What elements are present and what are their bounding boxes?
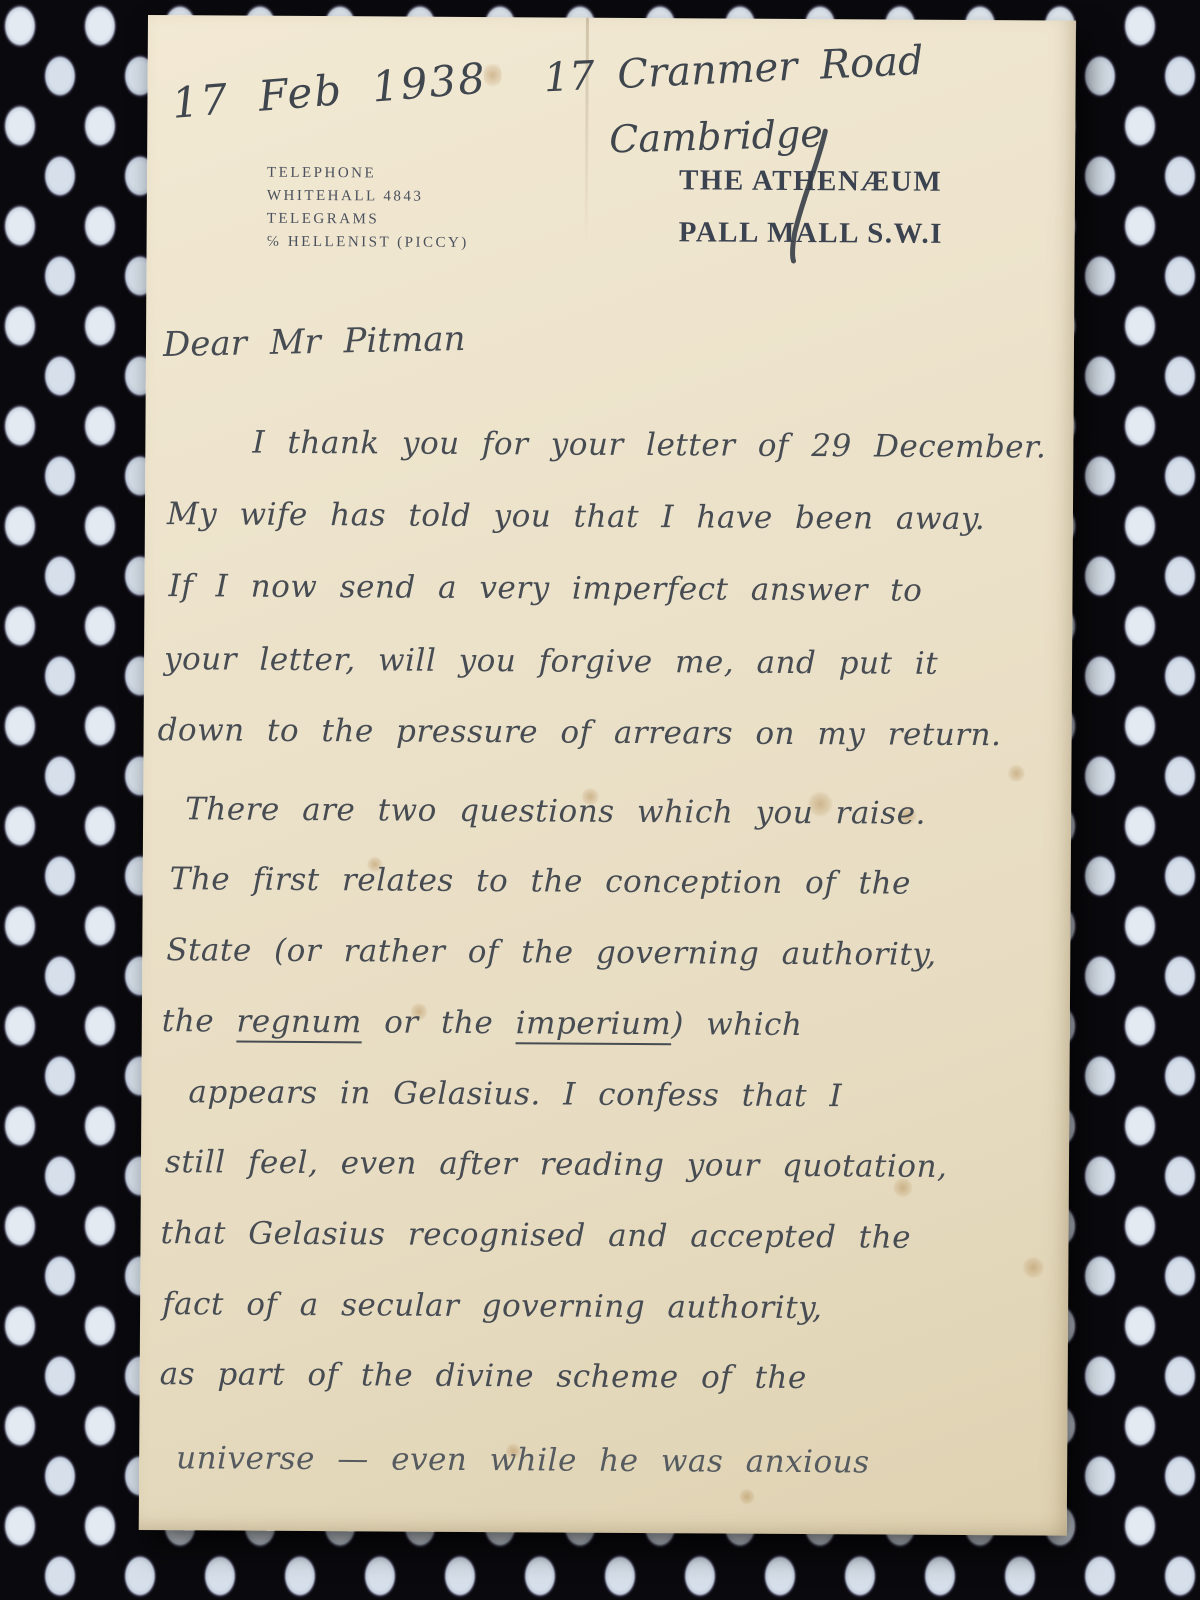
telegrams-label: TELEGRAMS [267,208,469,232]
letter-paper: 17 Feb 1938 17 Cranmer Road Cambridge TE… [139,15,1076,1536]
body-line: appears in Gelasius. I confess that I [188,1074,842,1114]
letterhead-contact-block: TELEPHONE WHITEHALL 4843 TELEGRAMS ℅ HEL… [267,162,470,255]
body-line: There are two questions which you raise. [185,791,926,832]
body-line: My wife has told you that I have been aw… [167,496,985,537]
paper-crease [585,18,589,248]
body-line-segment: ) which [671,1006,802,1043]
telephone-label: TELEPHONE [267,162,469,186]
body-line: fact of a secular governing authority, [162,1286,823,1326]
body-line: the regnum or the imperium) which [162,1003,803,1043]
foxing-stain [739,1489,755,1505]
photo-fabric-background: 17 Feb 1938 17 Cranmer Road Cambridge TE… [0,0,1200,1600]
handwritten-address-line1: 17 Cranmer Road [543,38,925,102]
handwritten-date: 17 Feb 1938 [170,53,489,127]
body-line: still feel, even after reading your quot… [165,1144,948,1185]
body-line: If I now send a very imperfect answer to [168,568,922,609]
body-line: your letter, will you forgive me, and pu… [164,641,938,682]
body-line-segment: the [162,1003,237,1039]
telegrams-address: ℅ HELLENIST (PICCY) [267,231,469,255]
body-line: that Gelasius recognised and accepted th… [160,1215,911,1256]
pen-stroke-through-letterhead [746,119,947,280]
body-line: I thank you for your letter of 29 Decemb… [252,425,1046,466]
body-line: State (or rather of the governing author… [166,932,937,973]
underlined-word-regnum: regnum [236,1004,362,1041]
foxing-stain [1007,764,1025,782]
body-line: down to the pressure of arrears on my re… [158,712,1002,753]
telephone-number: WHITEHALL 4843 [267,185,469,209]
body-line: universe — even while he was anxious [176,1440,870,1480]
body-line: The first relates to the conception of t… [170,861,911,902]
body-line-segment: or the [362,1004,516,1041]
foxing-stain [1022,1256,1044,1278]
body-line: as part of the divine scheme of the [160,1356,807,1396]
underlined-word-imperium: imperium [516,1005,672,1042]
salutation: Dear Mr Pitman [163,319,466,365]
